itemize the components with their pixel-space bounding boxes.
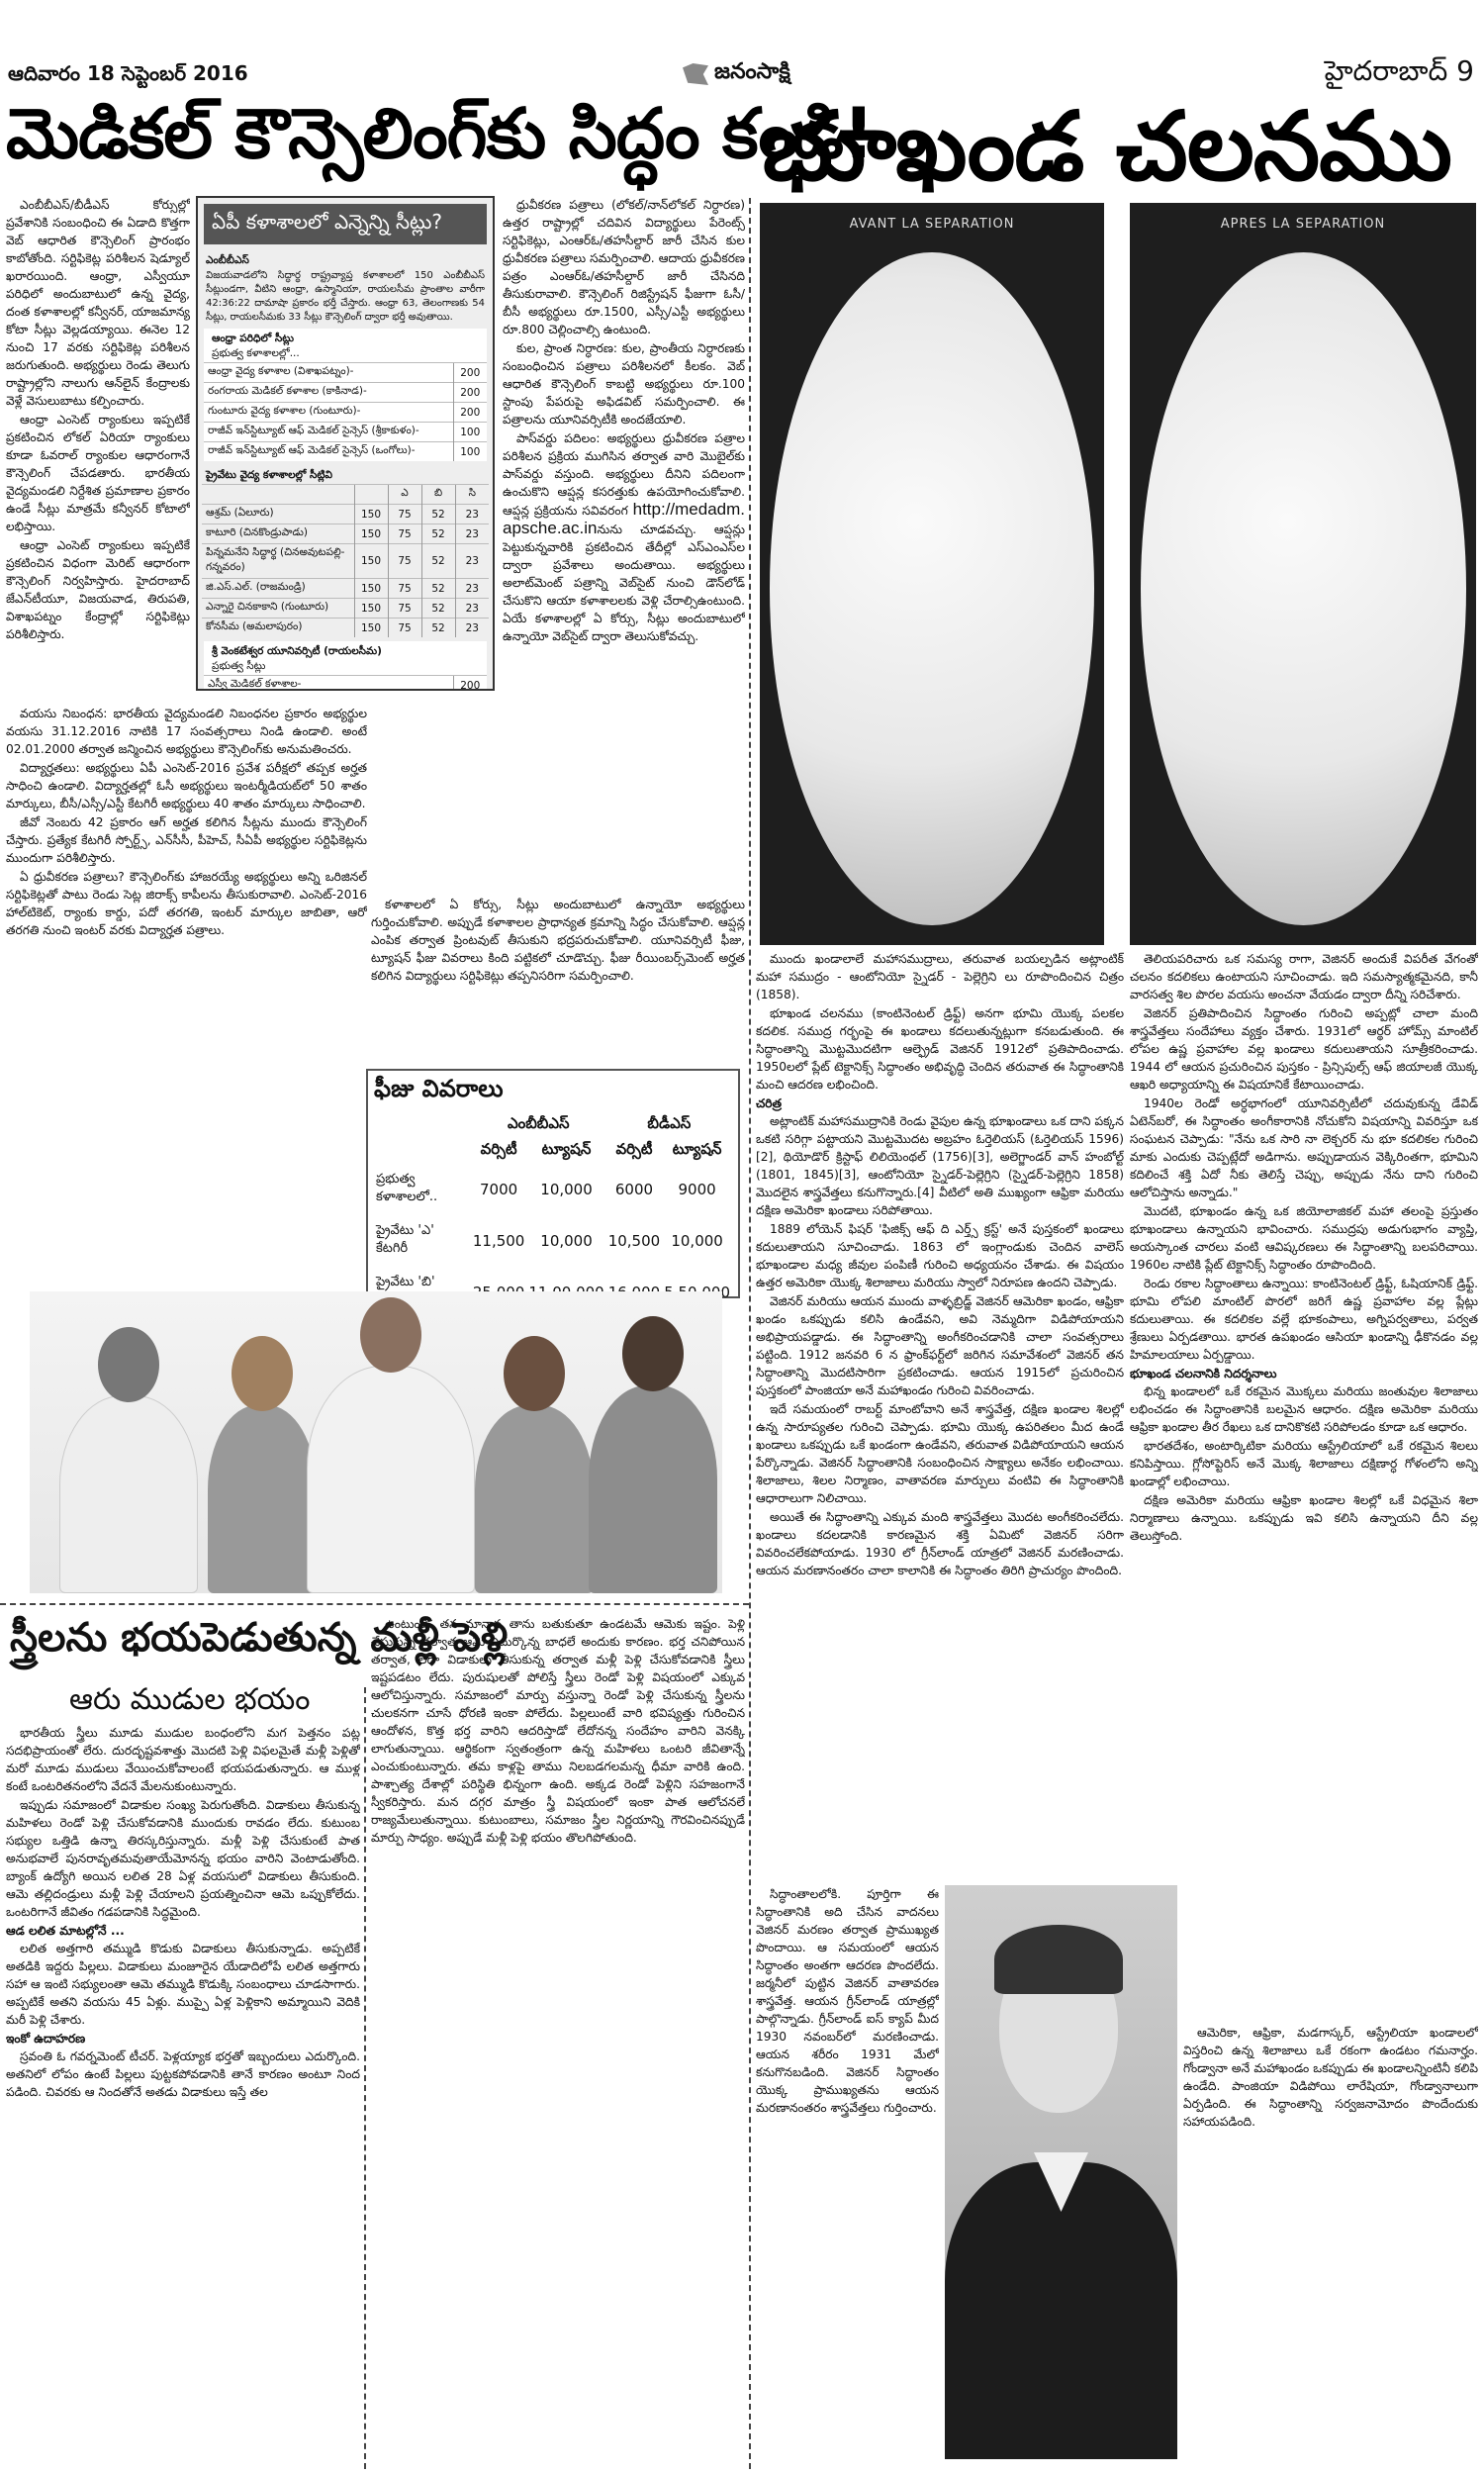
table-row: రాజీవ్ ఇన్‌స్టిట్యూట్ ఆఫ్ మెడికల్ సైన్సె…	[204, 423, 487, 442]
fees-table-box: ఫీజు వివరాలు ఎంబీబీఎస్బీడీఎస్ వర్సిటీట్య…	[366, 1069, 740, 1298]
table-row: ఆంధ్రా వైద్య కళాశాల (విశాఖపట్నం)-200	[204, 363, 487, 383]
masthead-logo: జనంసాక్షి	[683, 59, 790, 89]
doctors-group-photo	[30, 1291, 722, 1593]
continental-col1-lower: సిద్ధాంతాలలోకి. పూర్తిగా ఈ సిద్ధాంతానికి…	[756, 1885, 939, 2469]
medical-col2-lower: కళాశాలలో ఏ కోర్సు, సీట్లు అందుబాటులో ఉన్…	[371, 896, 745, 1064]
fees-table: ఎంబీబీఎస్బీడీఎస్ వర్సిటీట్యూషన్వర్సిటీట్…	[374, 1112, 732, 1318]
table-row: రాజీవ్ ఇన్‌స్టిట్యూట్ ఆఫ్ మెడికల్ సైన్సె…	[204, 442, 487, 462]
page-city-number: హైదరాబాద్ 9	[1325, 54, 1474, 94]
table-row: పిన్నమనేని సిద్ధార్థ (చినఅవుటపల్లి-గన్నవ…	[202, 544, 489, 579]
fees-title: ఫీజు వివరాలు	[374, 1075, 732, 1108]
andhra-govt-seats: ఆంధ్రా పరిధిలో సీట్లు ప్రభుత్వ కళాశాలల్ల…	[204, 329, 487, 461]
globe-icon	[770, 252, 1093, 925]
medical-col1-top: ఎంబీబీఎస్/బీడీఎస్ కోర్సుల్లో ప్రవేశానికి…	[6, 196, 190, 701]
telangana-map-icon	[683, 63, 708, 85]
paper-name: జనంసాక్షి	[714, 59, 790, 89]
andhra-private-seats-table: ఎబిసి ఆశ్రమ్ (ఏలూరు)150755223 కాటూరి (చి…	[202, 484, 489, 637]
column-divider	[749, 198, 751, 2469]
globe-before-separation-image: AVANT LA SEPARATION	[760, 203, 1104, 945]
continental-col1: ముందు ఖండాలాలే మహాసముద్రాలు, తరువాత బయల్…	[756, 950, 1124, 1880]
table-row: ప్రభుత్వ కళాశాలలో..700010,00060009000	[374, 1164, 732, 1215]
continental-col2: తెలియపరిచారు ఒక సమస్య రాగా, వెజినర్ అందు…	[1130, 950, 1478, 2019]
remarriage-col1: భారతీయ స్త్రీలు మూడు ముడుల బంధంలోని మగ ప…	[6, 1724, 360, 2466]
seats-info-box: ఏపీ కళాశాలలో ఎన్నెన్ని సీట్లు? ఎంబీబీఎస్…	[196, 196, 495, 691]
table-row: కోనసీమ (అమలాపురం)150755223	[202, 619, 489, 638]
table-row: ఎస్వీ మెడికల్ కళాశాల-200	[204, 676, 487, 692]
section-divider	[0, 1603, 749, 1605]
remarriage-subheadline: ఆరు ముడుల భయం	[69, 1682, 310, 1724]
continental-drift-headline: భూఖండ చలనము	[762, 99, 1484, 194]
table-row: రంగరాయ మెడికల్ కళాశాల (కాకినాడ)-200	[204, 383, 487, 403]
wegener-portrait-photo	[945, 1885, 1177, 2459]
table-row: జి.ఎస్.ఎల్. (రాజమండ్రి)150755223	[202, 579, 489, 599]
medical-col3: ధ్రువీకరణ పత్రాలు (లోకల్/నాన్‌లోకల్ నిర్…	[503, 196, 745, 696]
seats-box-title: ఏపీ కళాశాలలో ఎన్నెన్ని సీట్లు?	[204, 204, 487, 244]
table-row: కాటూరి (చినకొండ్రుపాడు)150755223	[202, 524, 489, 544]
issue-date: ఆదివారం 18 సెప్టెంబర్ 2016	[8, 61, 248, 90]
continental-col2-lower: ఆమెరికా, ఆఫ్రికా, మడగాస్కర్, ఆస్ట్రేలియా…	[1183, 2024, 1478, 2469]
table-row: ప్రైవేటు 'ఎ' కేటగిరీ11,50010,00010,50010…	[374, 1215, 732, 1267]
medical-col1-bottom: వయసు నిబంధన: భారతీయ వైద్యమండలి నిబంధనల ప…	[6, 705, 367, 1259]
svu-seats: శ్రీ వెంకటేశ్వర యూనివర్సిటీ (రాయలసీమ) ప్…	[204, 641, 487, 691]
globe-icon	[1141, 252, 1466, 925]
table-row: ఎన్నారై చినకాకాని (గుంటూరు)150755223	[202, 599, 489, 619]
column-divider	[364, 1687, 366, 2469]
globe-after-separation-image: APRES LA SEPARATION	[1130, 203, 1476, 945]
medical-headline: మెడికల్ కౌన్సెలింగ్‌కు సిద్ధం కండి!	[6, 99, 748, 168]
remarriage-col2: ఉంటుంది. తన మానాన తాను బతుకుతూ ఉండటమే ఆమ…	[371, 1615, 745, 2466]
table-row: గుంటూరు వైద్య కళాశాల (గుంటూరు)-200	[204, 403, 487, 423]
table-row: ఆశ్రమ్ (ఏలూరు)150755223	[202, 505, 489, 524]
